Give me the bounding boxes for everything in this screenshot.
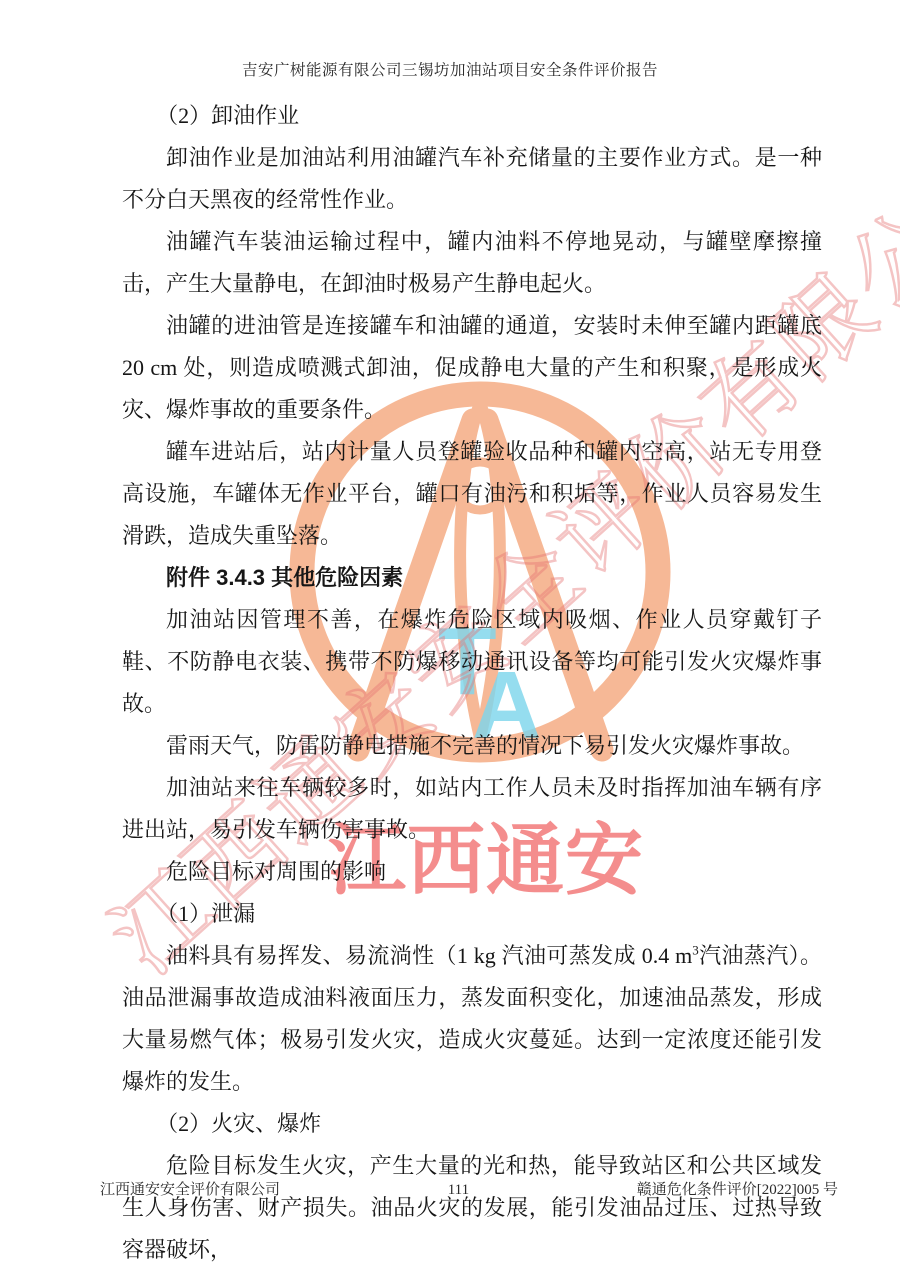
paragraph: 雷雨天气，防雷防静电措施不完善的情况下易引发火灾爆炸事故。 xyxy=(122,725,822,767)
subheading-unloading: （2）卸油作业 xyxy=(122,95,822,137)
report-page: T A 江西通安安全评价有限公司 江西通安 吉安广树能源有限公司三锡坊加油站项目… xyxy=(0,0,900,1272)
section-heading-other-hazards: 附件 3.4.3 其他危险因素 xyxy=(122,557,822,599)
paragraph: 卸油作业是加油站利用油罐汽车补充储量的主要作业方式。是一种不分白天黑夜的经常性作… xyxy=(122,137,822,221)
leak-text-before-superscript: 油料具有易挥发、易流淌性（1 kg 汽油可蒸发成 0.4 m xyxy=(166,943,692,968)
paragraph: 危险目标发生火灾，产生大量的光和热，能导致站区和公共区域发生人身伤害、财产损失。… xyxy=(122,1145,822,1271)
subheading-leak: （1）泄漏 xyxy=(122,893,822,935)
page-header-title: 吉安广树能源有限公司三锡坊加油站项目安全条件评价报告 xyxy=(0,58,900,80)
footer-page-number: 111 xyxy=(448,1182,469,1199)
footer-doc-number: 赣通危化条件评价[2022]005 号 xyxy=(637,1178,838,1199)
paragraph-impact-title: 危险目标对周围的影响 xyxy=(122,851,822,893)
paragraph: 油罐汽车装油运输过程中，罐内油料不停地晃动，与罐壁摩擦撞击，产生大量静电，在卸油… xyxy=(122,221,822,305)
paragraph: 油罐的进油管是连接罐车和油罐的通道，安装时未伸至罐内距罐底 20 cm 处，则造… xyxy=(122,305,822,431)
page-footer: 江西通安安全评价有限公司 111 赣通危化条件评价[2022]005 号 xyxy=(100,1178,838,1199)
footer-company-name: 江西通安安全评价有限公司 xyxy=(100,1178,280,1199)
paragraph: 加油站来往车辆较多时，如站内工作人员未及时指挥加油车辆有序进出站，易引发车辆伤害… xyxy=(122,767,822,851)
paragraph: 罐车进站后，站内计量人员登罐验收品种和罐内空高，站无专用登高设施，车罐体无作业平… xyxy=(122,431,822,557)
subheading-fire-explosion: （2）火灾、爆炸 xyxy=(122,1103,822,1145)
paragraph: 加油站因管理不善，在爆炸危险区域内吸烟、作业人员穿戴钉子鞋、不防静电衣装、携带不… xyxy=(122,599,822,725)
document-body: （2）卸油作业 卸油作业是加油站利用油罐汽车补充储量的主要作业方式。是一种不分白… xyxy=(122,95,822,1271)
paragraph-leak: 油料具有易挥发、易流淌性（1 kg 汽油可蒸发成 0.4 m3汽油蒸汽）。油品泄… xyxy=(122,935,822,1103)
